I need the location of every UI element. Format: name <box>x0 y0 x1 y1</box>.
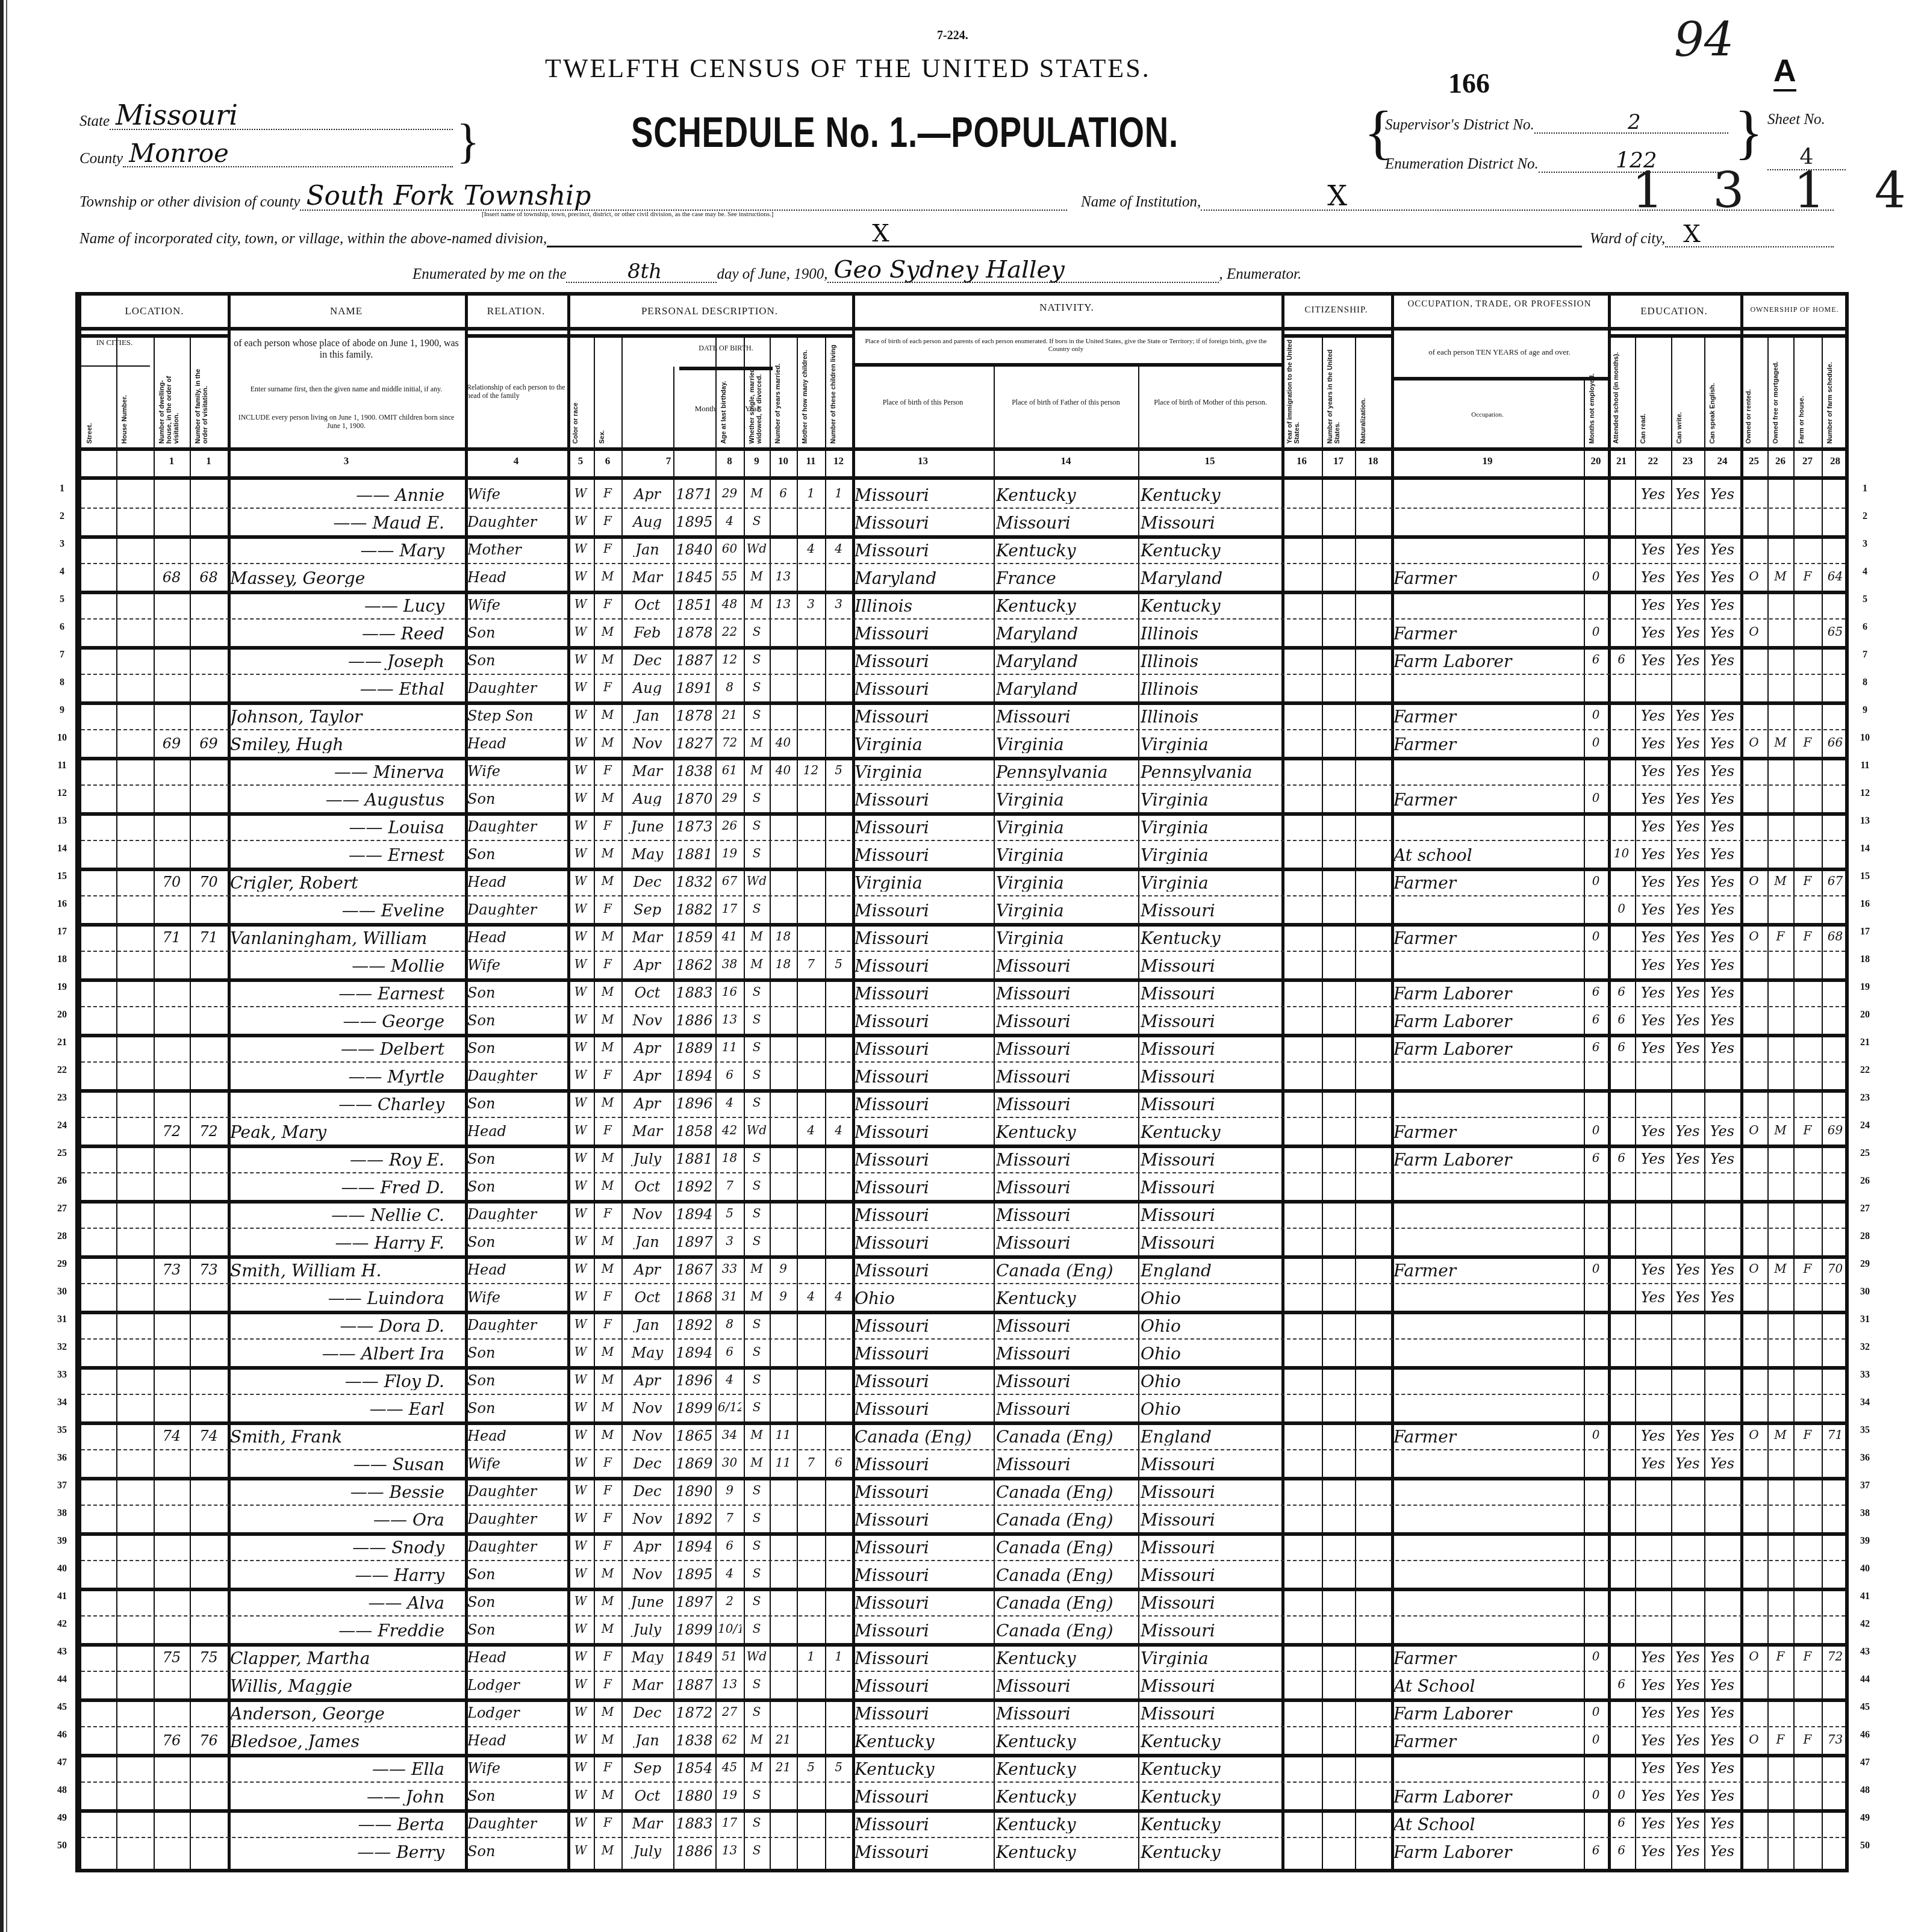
cell-rd: Yes <box>1637 598 1669 612</box>
cell-sex: F <box>596 1816 619 1828</box>
cell-rel: Wife <box>467 1290 565 1305</box>
cell-month: Mar <box>624 1124 671 1138</box>
cell-rel: Wife <box>467 487 565 502</box>
cell-bp: Missouri <box>855 1844 991 1861</box>
vertical-header-unemployed: Months not employed. <box>1589 338 1604 444</box>
cell-bm: Missouri <box>1141 1096 1279 1113</box>
cell-name: —— Harry F. <box>230 1235 462 1252</box>
rule <box>465 334 567 338</box>
cell-occ: Farmer <box>1393 1263 1581 1279</box>
cell-color: W <box>570 1678 591 1690</box>
cell-bp: Missouri <box>855 1152 991 1169</box>
name-instruction-include: INCLUDE every person living on June 1, 1… <box>237 413 456 430</box>
line-number-left: 41 <box>53 1591 71 1602</box>
column-number: 27 <box>1793 455 1822 467</box>
table-row: —— CharleySonWMApr18964SMissouriMissouri… <box>81 1089 1845 1117</box>
cell-sp: Yes <box>1707 930 1738 945</box>
cell-bm: Kentucky <box>1141 1761 1279 1778</box>
cell-occ: At School <box>1393 1816 1581 1833</box>
cell-sched: 72 <box>1824 1650 1846 1662</box>
cell-bp: Missouri <box>855 1263 991 1279</box>
cell-name: —— Ethal <box>230 681 462 698</box>
cell-unemp: 0 <box>1586 1706 1605 1718</box>
column-number: 19 <box>1391 455 1584 467</box>
table-row: —— MyrtleDaughterWFApr18946SMissouriMiss… <box>81 1061 1845 1089</box>
line-number-right: 39 <box>1856 1536 1874 1547</box>
cell-year: 1890 <box>676 1484 713 1499</box>
cell-name: —— Berta <box>230 1816 462 1833</box>
cell-year: 1896 <box>676 1373 713 1388</box>
cell-bm: Ohio <box>1141 1290 1279 1307</box>
table-row: —— LucyWifeWFOct185148M1333IllinoisKentu… <box>81 591 1845 618</box>
cell-month: Jan <box>624 1235 671 1249</box>
cell-rel: Son <box>467 626 565 640</box>
table-row: 6868Massey, GeorgeHeadWMMar184555M13Mary… <box>81 563 1845 591</box>
cell-bm: Illinois <box>1141 626 1279 642</box>
cell-bp: Missouri <box>855 1179 991 1196</box>
cell-sex: M <box>596 1429 619 1441</box>
cell-wr: Yes <box>1673 1290 1702 1305</box>
table-row: Anderson, GeorgeLodgerWMDec187227SMissou… <box>81 1698 1845 1726</box>
table-row: —— MinervaWifeWFMar183861M40125VirginiaP… <box>81 757 1845 784</box>
line-number-right: 1 <box>1856 483 1874 494</box>
line-number-left: 14 <box>53 843 71 854</box>
cell-mar: S <box>746 1539 767 1552</box>
page-side-letter: A <box>1773 53 1796 92</box>
cell-mar: S <box>746 1623 767 1635</box>
column-number: 22 <box>1635 455 1671 467</box>
cell-color: W <box>570 542 591 554</box>
cell-year: 1892 <box>676 1318 713 1332</box>
cell-age: 13 <box>718 1678 741 1690</box>
cell-rd: Yes <box>1637 709 1669 723</box>
column-number: 8 <box>715 455 744 467</box>
column-number: 23 <box>1671 455 1704 467</box>
cell-year: 1894 <box>676 1346 713 1360</box>
cell-bm: Pennsylvania <box>1141 764 1279 781</box>
cell-rd: Yes <box>1637 764 1669 778</box>
line-number-left: 5 <box>53 594 71 605</box>
vertical-header-write: Can write. <box>1676 338 1701 444</box>
cell-mar: S <box>746 681 767 693</box>
table-row: —— Maud E.DaughterWFAug18954SMissouriMis… <box>81 508 1845 535</box>
cell-wr: Yes <box>1673 1041 1702 1055</box>
cell-sex: F <box>596 1124 619 1136</box>
cell-wr: Yes <box>1673 792 1702 806</box>
cell-age: 5 <box>718 1207 741 1219</box>
cell-unemp: 6 <box>1586 1152 1605 1164</box>
cell-liv: 4 <box>827 542 850 554</box>
cell-unemp: 0 <box>1586 930 1605 942</box>
cell-sex: M <box>596 1013 619 1025</box>
cell-bm: Virginia <box>1141 875 1279 892</box>
vertical-header-naturalization: Naturalization. <box>1360 338 1387 444</box>
cell-liv: 5 <box>827 1761 850 1773</box>
cell-wr: Yes <box>1673 1263 1702 1277</box>
cell-occ: Farmer <box>1393 626 1581 642</box>
cell-bf: Virginia <box>996 792 1136 809</box>
cell-month: Nov <box>624 1429 671 1443</box>
cell-rel: Daughter <box>467 1512 565 1526</box>
cell-age: 8 <box>718 1318 741 1330</box>
cell-fam: 75 <box>192 1650 225 1665</box>
cell-bp: Missouri <box>855 681 991 698</box>
cell-unemp: 0 <box>1586 792 1605 804</box>
occupation-description: of each person TEN YEARS of age and over… <box>1394 347 1605 357</box>
vertical-header-farm: Farm or house. <box>1798 338 1818 444</box>
cell-wr: Yes <box>1673 1456 1702 1471</box>
line-number-right: 31 <box>1856 1314 1874 1325</box>
cell-name: —— Joseph <box>230 653 462 670</box>
cell-bf: Kentucky <box>996 1124 1136 1141</box>
cell-month: Sep <box>624 1761 671 1775</box>
cell-unemp: 0 <box>1586 875 1605 887</box>
cell-sp: Yes <box>1707 598 1738 612</box>
cell-rel: Son <box>467 1567 565 1582</box>
line-number-left: 20 <box>53 1010 71 1020</box>
cell-bp: Missouri <box>855 847 991 864</box>
line-number-left: 32 <box>53 1342 71 1353</box>
cell-sp: Yes <box>1707 1013 1738 1028</box>
cell-bp: Missouri <box>855 1512 991 1529</box>
cell-color: W <box>570 1456 591 1468</box>
cell-bf: Canada (Eng) <box>996 1484 1136 1501</box>
cell-name: Massey, George <box>230 570 462 587</box>
line-number-right: 12 <box>1856 788 1874 799</box>
cell-year: 1849 <box>676 1650 713 1665</box>
cell-bm: Kentucky <box>1141 487 1279 504</box>
cell-bp: Missouri <box>855 1816 991 1833</box>
cell-age: 30 <box>718 1456 741 1468</box>
cell-bm: Missouri <box>1141 986 1279 1002</box>
group-relation: RELATION. <box>465 305 567 317</box>
cell-sp: Yes <box>1707 1152 1738 1166</box>
cell-sp: Yes <box>1707 1456 1738 1471</box>
cell-rel: Son <box>467 1844 565 1859</box>
table-row: —— SusanWifeWFDec186930M1176MissouriMiss… <box>81 1449 1845 1477</box>
cell-age: 61 <box>718 764 741 776</box>
cell-bp: Kentucky <box>855 1761 991 1778</box>
cell-sp: Yes <box>1707 487 1738 502</box>
column-number: 21 <box>1608 455 1635 467</box>
cell-sex: F <box>596 1207 619 1219</box>
cell-bp: Virginia <box>855 764 991 781</box>
cell-mar: M <box>746 1290 767 1302</box>
cell-farm: F <box>1796 1124 1819 1136</box>
line-number-right: 16 <box>1856 899 1874 910</box>
cell-bm: Virginia <box>1141 736 1279 753</box>
cell-month: Apr <box>624 1373 671 1388</box>
cell-bm: Missouri <box>1141 1623 1279 1639</box>
cell-mar: M <box>746 1263 767 1275</box>
cell-bf: Missouri <box>996 958 1136 975</box>
cell-color: W <box>570 1373 591 1385</box>
cell-rel: Head <box>467 1124 565 1138</box>
cell-mar: M <box>746 1761 767 1773</box>
cell-age: 41 <box>718 930 741 942</box>
vertical-header-street: Street. <box>86 368 113 444</box>
line-number-right: 49 <box>1856 1813 1874 1824</box>
cell-bp: Missouri <box>855 986 991 1002</box>
cell-month: July <box>624 1623 671 1637</box>
group-personal-description: PERSONAL DESCRIPTION. <box>567 305 852 317</box>
table-row: —— Nellie C.DaughterWFNov18945SMissouriM… <box>81 1200 1845 1228</box>
line-number-right: 36 <box>1856 1453 1874 1464</box>
cell-sp: Yes <box>1707 1844 1738 1859</box>
cell-occ: Farmer <box>1393 792 1581 809</box>
line-number-right: 14 <box>1856 843 1874 854</box>
cell-mo: 4 <box>799 1290 823 1302</box>
cell-mar: S <box>746 515 767 527</box>
cell-month: Oct <box>624 986 671 1000</box>
cell-mar: M <box>746 1733 767 1745</box>
cell-sp: Yes <box>1707 792 1738 806</box>
cell-sex: F <box>596 1069 619 1081</box>
incorporated-value: X <box>547 222 1582 247</box>
cell-bf: Missouri <box>996 1706 1136 1722</box>
cell-age: 31 <box>718 1290 741 1302</box>
cell-bf: Kentucky <box>996 598 1136 615</box>
cell-sch: 6 <box>1610 1816 1633 1828</box>
cell-name: Smiley, Hugh <box>230 736 462 753</box>
cell-month: Mar <box>624 570 671 585</box>
cell-unemp: 0 <box>1586 626 1605 638</box>
cell-sp: Yes <box>1707 1706 1738 1720</box>
rule <box>81 365 150 367</box>
enumeration-district-field: Enumeration District No. 122 <box>1385 148 1728 173</box>
cell-mar: S <box>746 847 767 859</box>
line-number-left: 27 <box>53 1204 71 1214</box>
cell-bp: Missouri <box>855 709 991 725</box>
cell-ym: 18 <box>772 930 794 942</box>
cell-age: 4 <box>718 1096 741 1108</box>
cell-age: 13 <box>718 1013 741 1025</box>
cell-sex: M <box>596 1706 619 1718</box>
enumerator-suffix: , Enumerator. <box>1219 266 1301 283</box>
cell-dw: 76 <box>156 1733 187 1748</box>
cell-color: W <box>570 487 591 499</box>
cell-year: 1869 <box>676 1456 713 1471</box>
cell-sched: 65 <box>1824 626 1846 638</box>
cell-occ: Farm Laborer <box>1393 653 1581 670</box>
cell-month: Mar <box>624 930 671 945</box>
line-number-left: 19 <box>53 982 71 993</box>
cell-month: Nov <box>624 1013 671 1028</box>
line-number-left: 25 <box>53 1148 71 1159</box>
cell-bm: Illinois <box>1141 653 1279 670</box>
cell-bf: Missouri <box>996 709 1136 725</box>
cell-wr: Yes <box>1673 626 1702 640</box>
cell-mar: S <box>746 1013 767 1025</box>
cell-sp: Yes <box>1707 958 1738 972</box>
column-number: 10 <box>770 455 797 467</box>
cell-wr: Yes <box>1673 598 1702 612</box>
line-number-right: 19 <box>1856 982 1874 993</box>
enumerated-middle: day of June, 1900, <box>717 266 827 283</box>
cell-fam: 72 <box>192 1124 225 1138</box>
column-number: 11 <box>797 455 825 467</box>
line-number-left: 39 <box>53 1536 71 1547</box>
cell-own: O <box>1743 1263 1765 1275</box>
cell-own: O <box>1743 930 1765 942</box>
cell-age: 55 <box>718 570 741 582</box>
cell-mar: S <box>746 902 767 915</box>
stamp-number: 166 <box>1448 67 1490 99</box>
column-number: 5 <box>567 455 594 467</box>
cell-mar: S <box>746 1346 767 1358</box>
table-row: —— LouisaDaughterWFJune187326SMissouriVi… <box>81 812 1845 840</box>
scan-left-edge <box>0 0 13 1932</box>
cell-year: 1881 <box>676 1152 713 1166</box>
cell-year: 1894 <box>676 1207 713 1222</box>
table-row: —— BertaDaughterWFMar188317SMissouriKent… <box>81 1809 1845 1837</box>
cell-bm: Missouri <box>1141 1706 1279 1722</box>
name-instruction-surname: Enter surname first, then the given name… <box>237 385 456 393</box>
column-number: 7 <box>621 455 715 467</box>
cell-bf: Maryland <box>996 681 1136 698</box>
line-number-left: 44 <box>53 1674 71 1685</box>
vertical-header-owned: Owned or rented. <box>1745 338 1764 444</box>
census-title: TWELFTH CENSUS OF THE UNITED STATES. <box>545 53 1151 84</box>
cell-bm: Missouri <box>1141 1678 1279 1695</box>
cell-bp: Missouri <box>855 1706 991 1722</box>
cell-rd: Yes <box>1637 958 1669 972</box>
cell-month: Sep <box>624 902 671 917</box>
cell-rel: Daughter <box>467 1318 565 1332</box>
cell-rel: Son <box>467 1623 565 1637</box>
cell-free: F <box>1770 1733 1791 1745</box>
cell-bp: Virginia <box>855 875 991 892</box>
cell-bp: Missouri <box>855 819 991 836</box>
table-row: 7676Bledsoe, JamesHeadWMJan183862M21Kent… <box>81 1726 1845 1754</box>
cell-sch: 6 <box>1610 1844 1633 1856</box>
cell-month: July <box>624 1844 671 1859</box>
cell-bp: Missouri <box>855 1595 991 1612</box>
table-row: —— DelbertSonWMApr188911SMissouriMissour… <box>81 1034 1845 1061</box>
cell-color: W <box>570 1567 591 1579</box>
cell-mo: 12 <box>799 764 823 776</box>
cell-rel: Daughter <box>467 1484 565 1499</box>
cell-month: Oct <box>624 1789 671 1803</box>
table-row: —— Roy E.SonWMJuly188118SMissouriMissour… <box>81 1145 1845 1172</box>
enumerator-name: Geo Sydney Halley <box>827 258 1219 283</box>
line-number-right: 46 <box>1856 1730 1874 1741</box>
cell-sp: Yes <box>1707 570 1738 585</box>
cell-own: O <box>1743 1733 1765 1745</box>
cell-rel: Son <box>467 1041 565 1055</box>
cell-age: 6 <box>718 1346 741 1358</box>
line-number-right: 43 <box>1856 1647 1874 1657</box>
cell-month: Mar <box>624 764 671 778</box>
cell-rel: Head <box>467 736 565 751</box>
cell-color: W <box>570 653 591 665</box>
cell-unemp: 0 <box>1586 736 1605 748</box>
cell-unemp: 6 <box>1586 653 1605 665</box>
line-number-right: 8 <box>1856 677 1874 688</box>
cell-sch: 6 <box>1610 986 1633 998</box>
supervisor-field: Supervisor's District No. 2 <box>1385 108 1728 134</box>
cell-month: Nov <box>624 1207 671 1222</box>
cell-mar: S <box>746 1484 767 1496</box>
line-number-left: 24 <box>53 1120 71 1131</box>
cell-year: 1895 <box>676 515 713 529</box>
cell-occ: At School <box>1393 1678 1581 1695</box>
state-value: Missouri <box>110 101 453 130</box>
cell-bf: France <box>996 570 1136 587</box>
cell-rel: Head <box>467 875 565 889</box>
cell-free: M <box>1770 1124 1791 1136</box>
relation-description: Relationship of each person to the head … <box>467 383 565 400</box>
line-number-right: 42 <box>1856 1619 1874 1630</box>
cell-year: 1872 <box>676 1706 713 1720</box>
schedule-title: SCHEDULE No. 1.—POPULATION. <box>631 108 1178 157</box>
cell-mo: 4 <box>799 542 823 554</box>
line-number-right: 28 <box>1856 1231 1874 1242</box>
cell-bf: Missouri <box>996 986 1136 1002</box>
cell-unemp: 0 <box>1586 1429 1605 1441</box>
line-number-left: 18 <box>53 954 71 965</box>
cell-year: 1887 <box>676 653 713 668</box>
cell-free: M <box>1770 570 1791 582</box>
line-number-right: 37 <box>1856 1480 1874 1491</box>
cell-rel: Wife <box>467 958 565 972</box>
cell-mar: S <box>746 986 767 998</box>
cell-bp: Missouri <box>855 958 991 975</box>
cell-sch: 6 <box>1610 1013 1633 1025</box>
cell-liv: 1 <box>827 487 850 499</box>
sheet-label: Sheet No. <box>1767 111 1825 128</box>
cell-month: Apr <box>624 1539 671 1554</box>
cell-sp: Yes <box>1707 819 1738 834</box>
cell-mar: M <box>746 930 767 942</box>
cell-sch: 0 <box>1610 1789 1633 1801</box>
cell-rd: Yes <box>1637 1650 1669 1665</box>
birth-mother-header: Place of birth of Mother of this person. <box>1141 398 1280 406</box>
cell-color: W <box>570 1623 591 1635</box>
vertical-header-children-living: Number of these children living <box>830 338 848 444</box>
line-number-right: 4 <box>1856 567 1874 577</box>
cell-rel: Wife <box>467 764 565 778</box>
cell-unemp: 0 <box>1586 1789 1605 1801</box>
cell-sex: F <box>596 958 619 970</box>
cell-month: Apr <box>624 487 671 502</box>
cell-rd: Yes <box>1637 902 1669 917</box>
cell-color: W <box>570 1124 591 1136</box>
cell-bf: Missouri <box>996 1069 1136 1086</box>
cell-age: 10/12 <box>718 1623 741 1635</box>
line-number-left: 10 <box>53 733 71 744</box>
county-field: County Monroe <box>79 138 453 167</box>
cell-liv: 4 <box>827 1290 850 1302</box>
cell-mar: S <box>746 1152 767 1164</box>
line-number-right: 27 <box>1856 1204 1874 1214</box>
table-row: —— AlvaSonWMJune18972SMissouriCanada (En… <box>81 1588 1845 1615</box>
cell-sex: F <box>596 515 619 527</box>
cell-age: 45 <box>718 1761 741 1773</box>
cell-bp: Missouri <box>855 1346 991 1362</box>
line-number-right: 38 <box>1856 1508 1874 1519</box>
cell-dw: 74 <box>156 1429 187 1443</box>
cell-sex: M <box>596 1844 619 1856</box>
line-number-right: 17 <box>1856 927 1874 937</box>
cell-bm: Ohio <box>1141 1346 1279 1362</box>
column-number: 15 <box>1138 455 1281 467</box>
cell-fam: 69 <box>192 736 225 751</box>
enumeration-value: 122 <box>1539 150 1728 173</box>
vertical-header-sex: Sex. <box>599 338 618 444</box>
line-number-left: 36 <box>53 1453 71 1464</box>
cell-name: —— Floy D. <box>230 1373 462 1390</box>
